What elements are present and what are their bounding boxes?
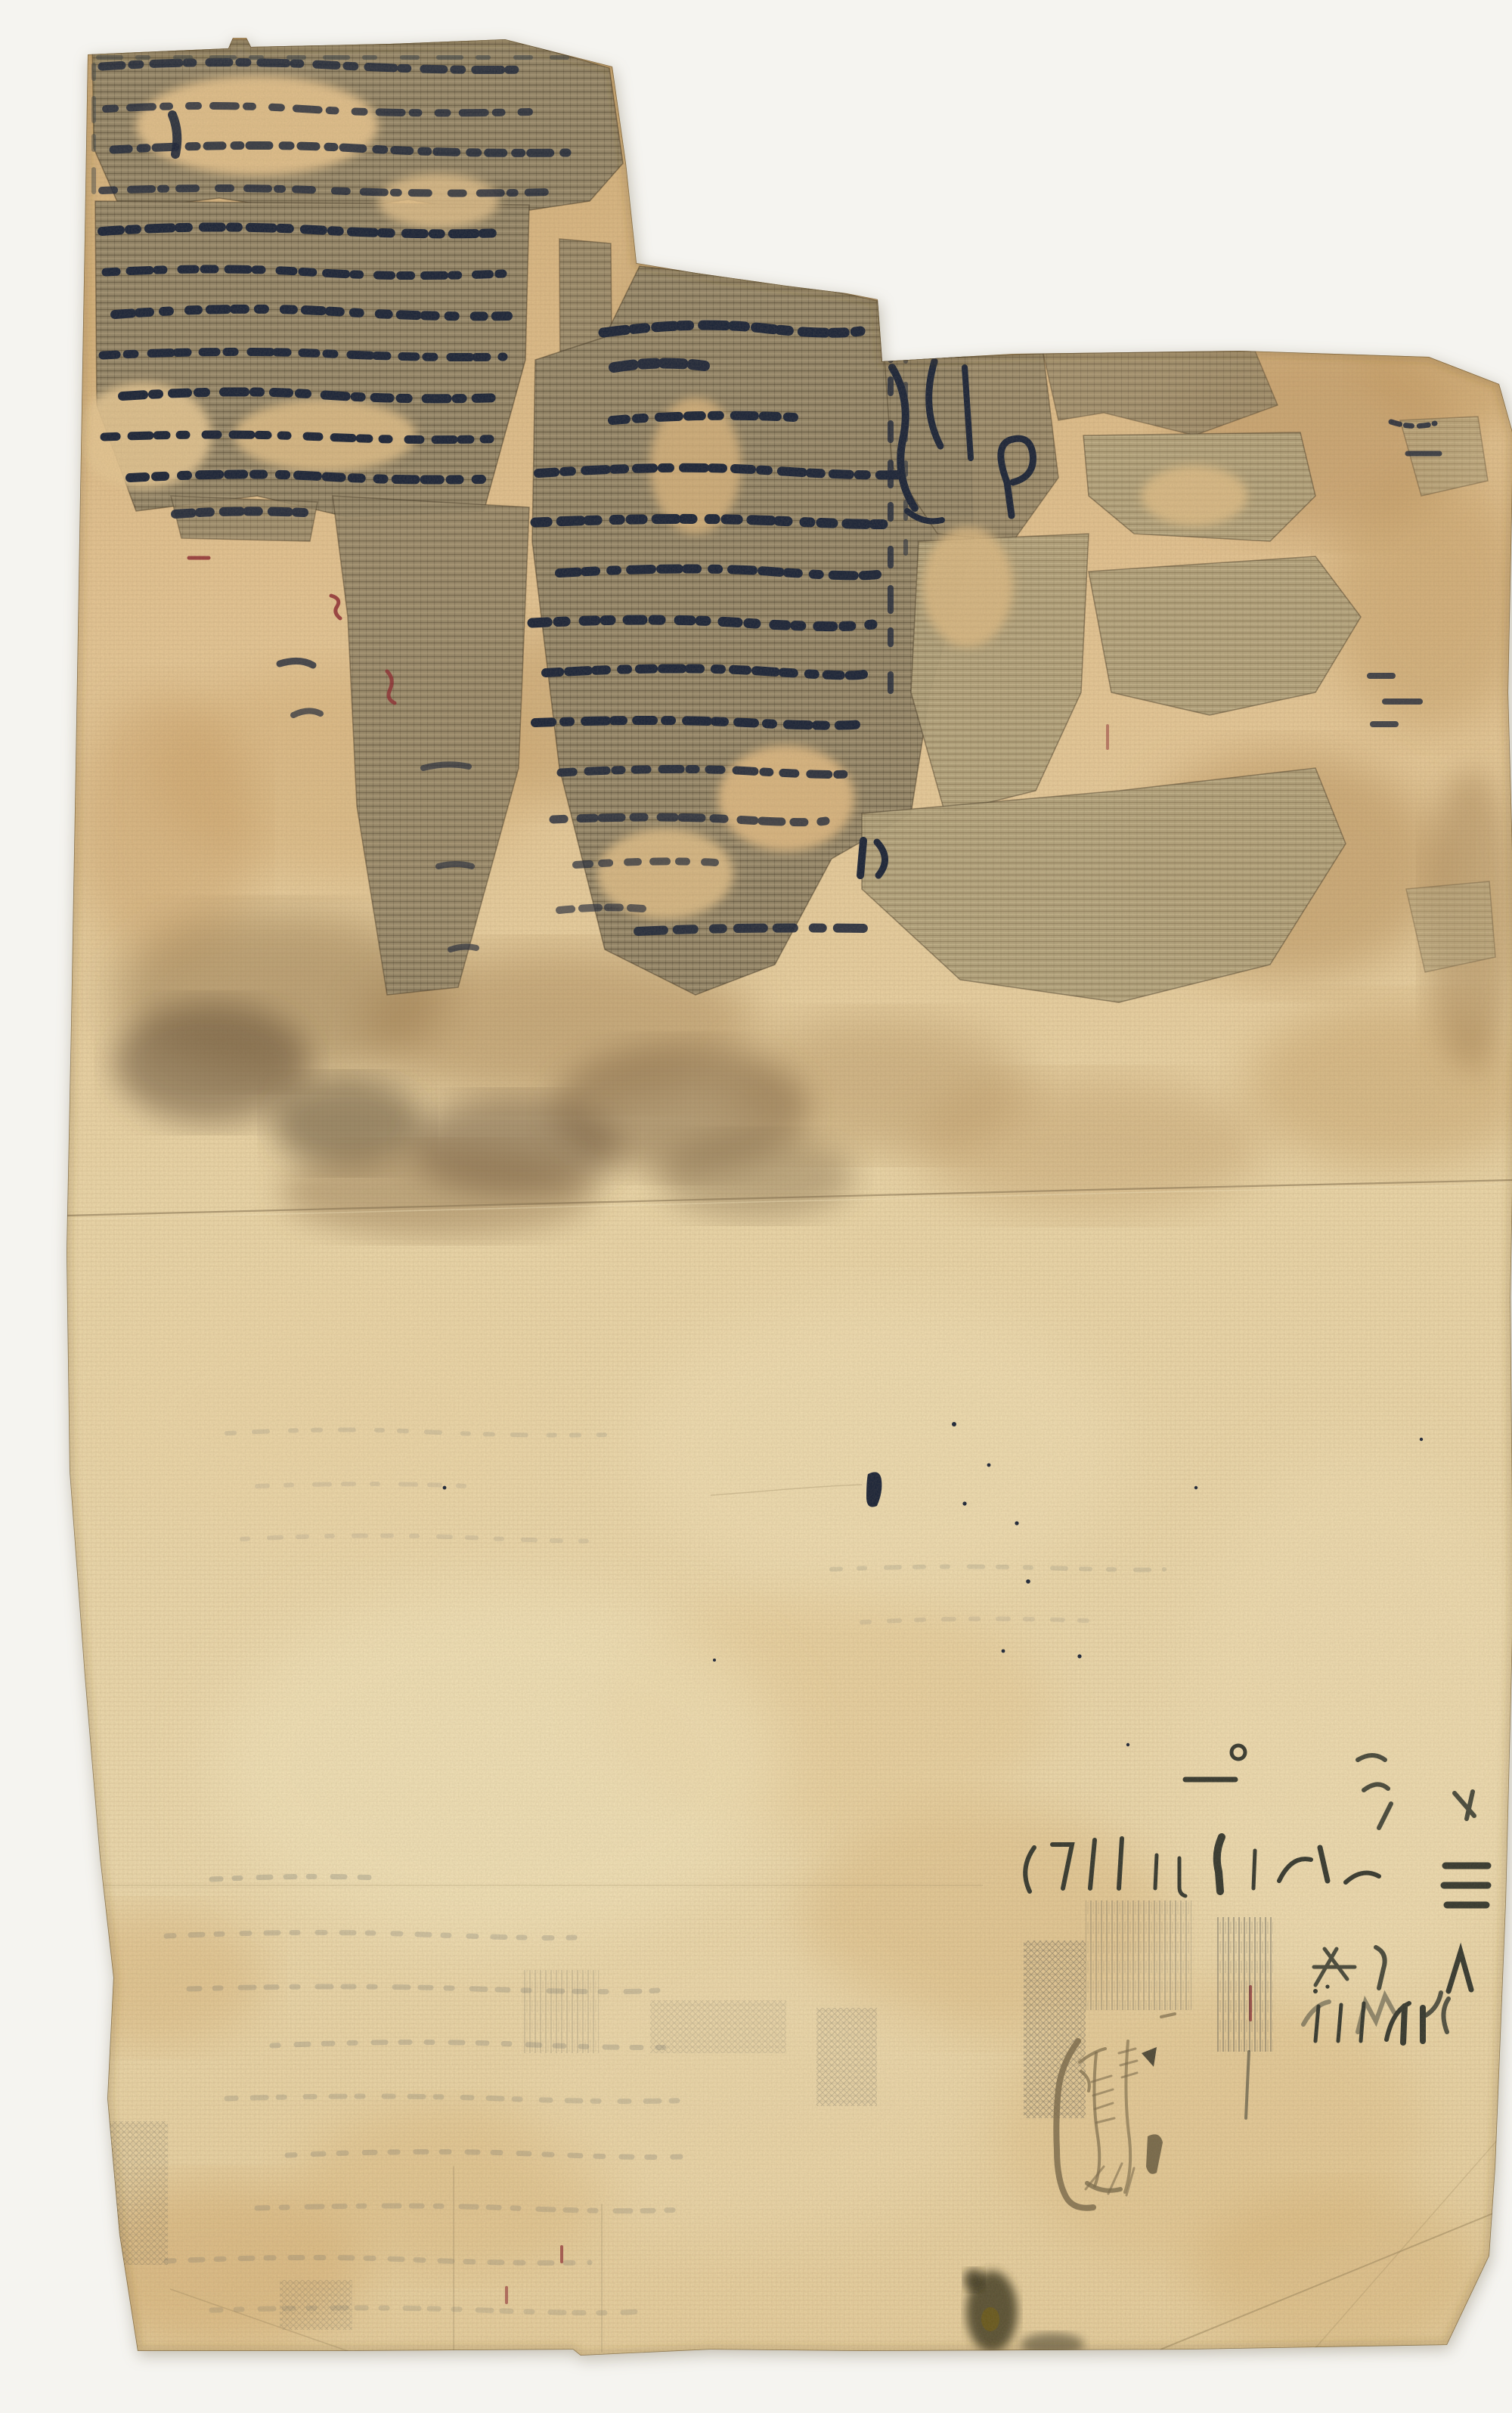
papyrus-scan: [30, 12, 1512, 2401]
paper-grain: [60, 27, 1512, 2363]
papyrus-sheet-graphic: [30, 12, 1512, 2401]
